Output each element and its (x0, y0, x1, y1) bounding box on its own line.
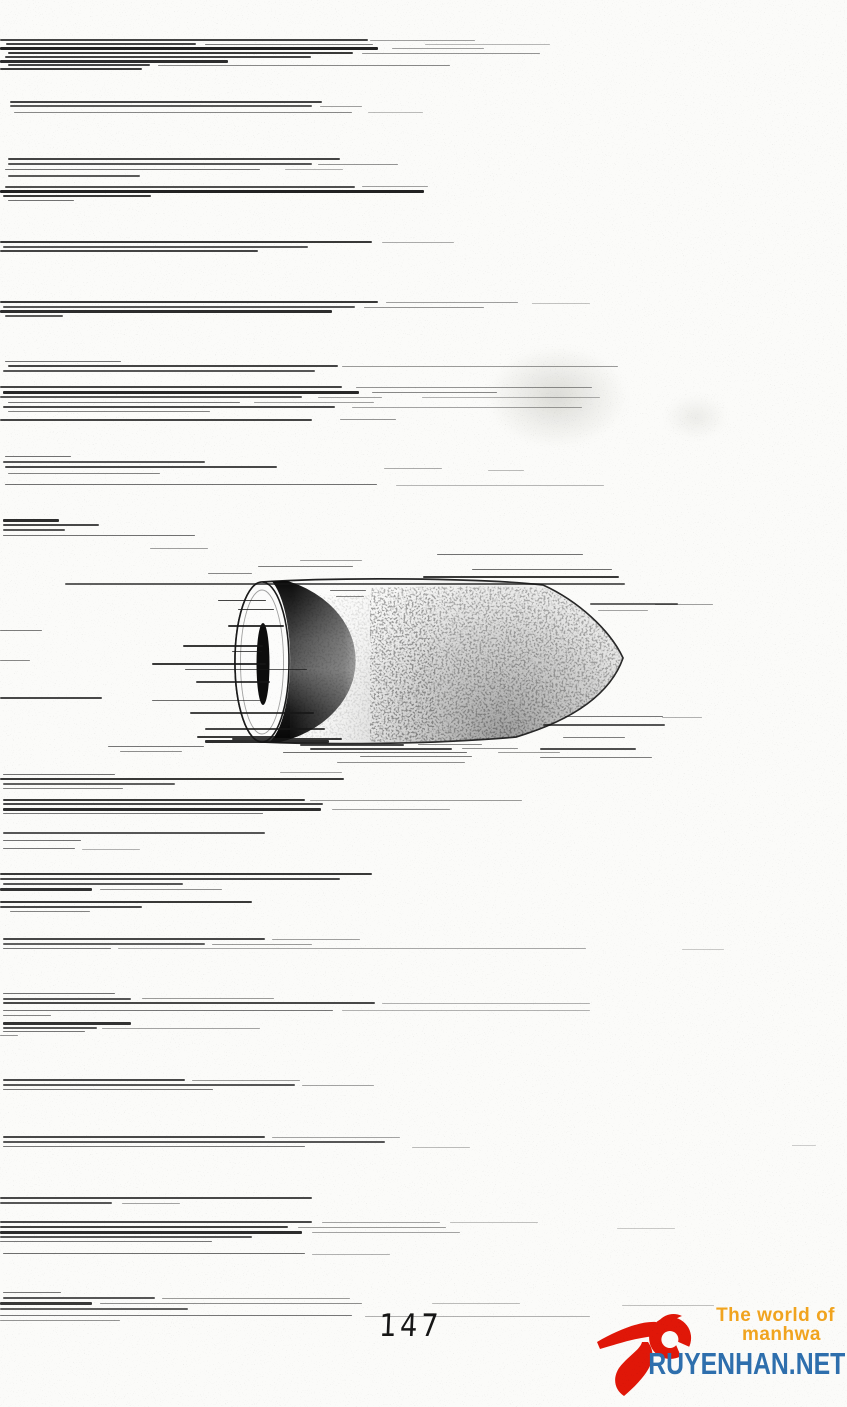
speed-line (122, 1203, 180, 1204)
speed-line (0, 1315, 352, 1316)
speed-line (3, 998, 131, 1000)
speed-line (422, 397, 600, 398)
speed-line (232, 738, 342, 740)
speed-lines-layer (0, 0, 847, 1407)
speed-line (423, 576, 619, 578)
speed-line (342, 366, 618, 367)
speed-line (100, 889, 222, 890)
speed-line (3, 535, 195, 536)
speed-line (3, 246, 308, 248)
speed-line (462, 748, 518, 749)
speed-line (0, 1308, 188, 1310)
speed-line (3, 195, 151, 197)
speed-line (5, 169, 260, 170)
watermark-tagline: The world of manhwa (716, 1306, 835, 1344)
speed-line (386, 302, 518, 303)
speed-line (450, 1222, 538, 1223)
speed-line (3, 461, 205, 463)
speed-line (0, 697, 102, 699)
speed-line (370, 40, 475, 41)
speed-line (212, 944, 312, 945)
speed-line (3, 848, 75, 849)
speed-line (232, 651, 262, 652)
speed-line (3, 1141, 385, 1143)
speed-line (10, 105, 312, 107)
speed-line (540, 757, 652, 758)
speed-line (0, 778, 344, 780)
speed-line (330, 590, 366, 591)
speed-line (362, 186, 428, 187)
speed-line (298, 1227, 446, 1228)
speed-line (0, 906, 142, 908)
bullet-nose-stipple (370, 587, 622, 743)
speed-line (3, 1084, 295, 1086)
speed-line (238, 609, 274, 610)
speed-line (0, 1226, 288, 1228)
speed-line (3, 1079, 185, 1081)
speed-line (0, 241, 372, 243)
speed-line (300, 560, 362, 561)
speed-line (3, 783, 175, 785)
speed-line (208, 573, 252, 574)
scan-smudge (664, 394, 728, 440)
speed-line (312, 1232, 460, 1233)
bullet-nose-shading (290, 560, 640, 760)
speed-line (3, 1027, 97, 1029)
speed-line (5, 315, 63, 317)
speed-line (0, 888, 92, 891)
speed-line (8, 411, 210, 412)
speed-line (8, 52, 353, 54)
bullet-primer (257, 623, 270, 705)
speed-line (0, 310, 332, 313)
speed-line (3, 529, 65, 531)
speed-line (183, 645, 263, 647)
speed-line (5, 484, 377, 485)
speed-line (205, 728, 325, 730)
speed-line (100, 1303, 362, 1304)
speed-line (3, 406, 335, 408)
speed-line (418, 744, 482, 745)
speed-line (258, 566, 353, 567)
speed-line (3, 1022, 131, 1025)
speed-line (563, 737, 625, 738)
speed-line (3, 788, 123, 789)
speed-line (3, 1010, 333, 1011)
speed-line (3, 813, 263, 814)
bullet-illustration (0, 0, 847, 1407)
speed-line (3, 391, 359, 394)
speed-line (283, 752, 467, 753)
speed-line (662, 717, 702, 718)
speed-line (0, 39, 368, 41)
speed-line (3, 993, 115, 994)
speed-line (3, 1136, 265, 1138)
speed-line (0, 901, 252, 903)
speed-line (3, 1089, 213, 1090)
speed-line (617, 1228, 675, 1229)
speed-line (3, 803, 323, 805)
speed-line (336, 596, 364, 597)
speed-line (102, 1028, 260, 1029)
speed-line (196, 681, 270, 683)
speed-line (152, 663, 266, 665)
speed-line (3, 1015, 51, 1016)
page-number: 147 (378, 1308, 442, 1344)
speed-line (8, 64, 150, 66)
speed-line (272, 1137, 400, 1138)
speed-line (192, 1080, 300, 1081)
speed-line (384, 468, 442, 469)
speed-line (8, 163, 312, 165)
speed-line (432, 1303, 520, 1304)
speed-line (362, 53, 540, 54)
speed-line (0, 386, 342, 388)
speed-line (364, 307, 484, 308)
speed-line (598, 610, 648, 611)
speed-line (0, 878, 340, 880)
speed-line (10, 911, 90, 912)
speed-line (82, 849, 140, 850)
speed-line (0, 190, 424, 193)
speed-line (3, 1297, 155, 1299)
speed-line (0, 630, 42, 631)
speed-line (0, 301, 378, 303)
speed-line (142, 998, 274, 999)
speed-line (197, 736, 275, 738)
speed-line (320, 106, 362, 107)
speed-line (108, 746, 204, 747)
speed-line (310, 800, 522, 801)
speed-line (152, 700, 266, 701)
speed-line (0, 60, 228, 63)
speed-line (0, 68, 142, 70)
speed-line (300, 744, 404, 746)
speed-line (10, 101, 322, 103)
speed-line (285, 169, 343, 170)
speed-line (3, 832, 265, 834)
speed-line (5, 56, 311, 58)
manga-page: 147 The world of manhwa RUYENHAN.NET (0, 0, 847, 1407)
speed-line (150, 548, 208, 549)
speed-line (0, 250, 258, 252)
speed-line (3, 948, 111, 949)
bullet-body (235, 579, 623, 744)
speed-line (228, 625, 284, 627)
bullet-base-inner-ring (241, 590, 284, 734)
bullet-base-band (262, 576, 356, 745)
speed-line (3, 306, 355, 308)
speed-line (218, 600, 266, 601)
speed-line (425, 44, 550, 45)
speed-line (3, 524, 99, 526)
speed-line (360, 756, 472, 757)
speed-line (352, 407, 582, 408)
scan-noise-overlay (0, 0, 847, 1407)
speed-line (0, 1320, 120, 1321)
speed-line (437, 554, 583, 555)
tagline-line1: The world of (716, 1306, 835, 1325)
speed-line (158, 65, 450, 66)
speed-line (3, 519, 59, 522)
scan-smudge (486, 346, 628, 448)
speed-line (3, 774, 115, 775)
bullet-mid-stipple (285, 595, 435, 740)
speed-line (0, 1231, 302, 1234)
speed-line (0, 1197, 312, 1199)
speed-line (0, 419, 312, 421)
tagline-line2: manhwa (716, 1325, 835, 1344)
speed-line (5, 361, 121, 362)
logo-tail (615, 1342, 652, 1396)
speed-line (0, 1236, 252, 1238)
speed-line (3, 943, 205, 945)
speed-line (0, 1302, 92, 1305)
speed-line (488, 470, 524, 471)
speed-line (5, 456, 71, 457)
speed-line (0, 1221, 312, 1223)
speed-line (318, 164, 398, 165)
speed-line (655, 604, 713, 605)
speed-line (396, 485, 604, 486)
speed-line (280, 772, 342, 773)
speed-line (0, 1241, 212, 1242)
speed-line (498, 752, 560, 753)
speed-line (792, 1145, 816, 1146)
watermark: The world of manhwa RUYENHAN.NET (585, 1300, 847, 1407)
speed-line (254, 402, 374, 403)
speed-line (340, 419, 396, 420)
speed-line (65, 583, 625, 585)
speed-line (8, 158, 340, 160)
speed-line (120, 751, 182, 752)
speed-line (14, 112, 352, 113)
speed-line (205, 44, 373, 45)
speed-line (382, 242, 454, 243)
speed-line (3, 883, 183, 885)
speed-line (342, 1010, 590, 1011)
speed-line (543, 724, 665, 726)
speed-line (3, 1253, 305, 1254)
speed-line (205, 740, 329, 743)
speed-line (185, 669, 307, 670)
speed-line (8, 365, 338, 367)
bullet-base-rim (235, 582, 289, 742)
speed-line (8, 200, 74, 201)
speed-line (412, 1147, 470, 1148)
speed-line (3, 938, 265, 940)
speed-line (0, 873, 372, 875)
speed-line (8, 473, 160, 474)
speed-line (337, 762, 465, 763)
speed-line (322, 1222, 440, 1223)
speed-line (590, 603, 678, 605)
bullet-band-fade (262, 576, 356, 745)
speed-line (190, 712, 314, 714)
speed-line (392, 48, 484, 49)
speed-line (118, 948, 586, 949)
speed-line (162, 1298, 350, 1299)
speed-line (356, 387, 592, 388)
speed-line (312, 1254, 390, 1255)
speed-line (3, 370, 315, 372)
speed-line (682, 949, 724, 950)
speed-line (372, 392, 497, 393)
speed-line (310, 748, 452, 750)
watermark-site-name: RUYENHAN.NET (648, 1348, 845, 1379)
speed-line (272, 939, 360, 940)
speed-line (3, 799, 305, 801)
speed-line (332, 809, 450, 810)
speed-line (0, 47, 378, 50)
speed-line (532, 303, 590, 304)
speed-line (5, 466, 277, 468)
speed-line (0, 1202, 112, 1204)
speed-line (0, 1035, 18, 1036)
speed-line (565, 716, 663, 717)
speed-line (0, 660, 30, 661)
speed-line (5, 186, 355, 188)
speed-line (6, 43, 196, 45)
speed-line (8, 175, 140, 177)
speed-line (318, 397, 382, 398)
speed-line (3, 1002, 375, 1004)
speed-line (368, 112, 423, 113)
speed-line (3, 840, 81, 841)
speed-line (3, 1292, 61, 1293)
speed-line (0, 396, 302, 398)
speed-line (3, 1146, 305, 1147)
speed-line (8, 402, 240, 403)
speed-line (3, 1031, 85, 1032)
speed-line (3, 808, 321, 811)
speed-line (540, 748, 636, 750)
speed-line (302, 1085, 374, 1086)
speed-line (472, 569, 612, 570)
speed-line (382, 1003, 590, 1004)
